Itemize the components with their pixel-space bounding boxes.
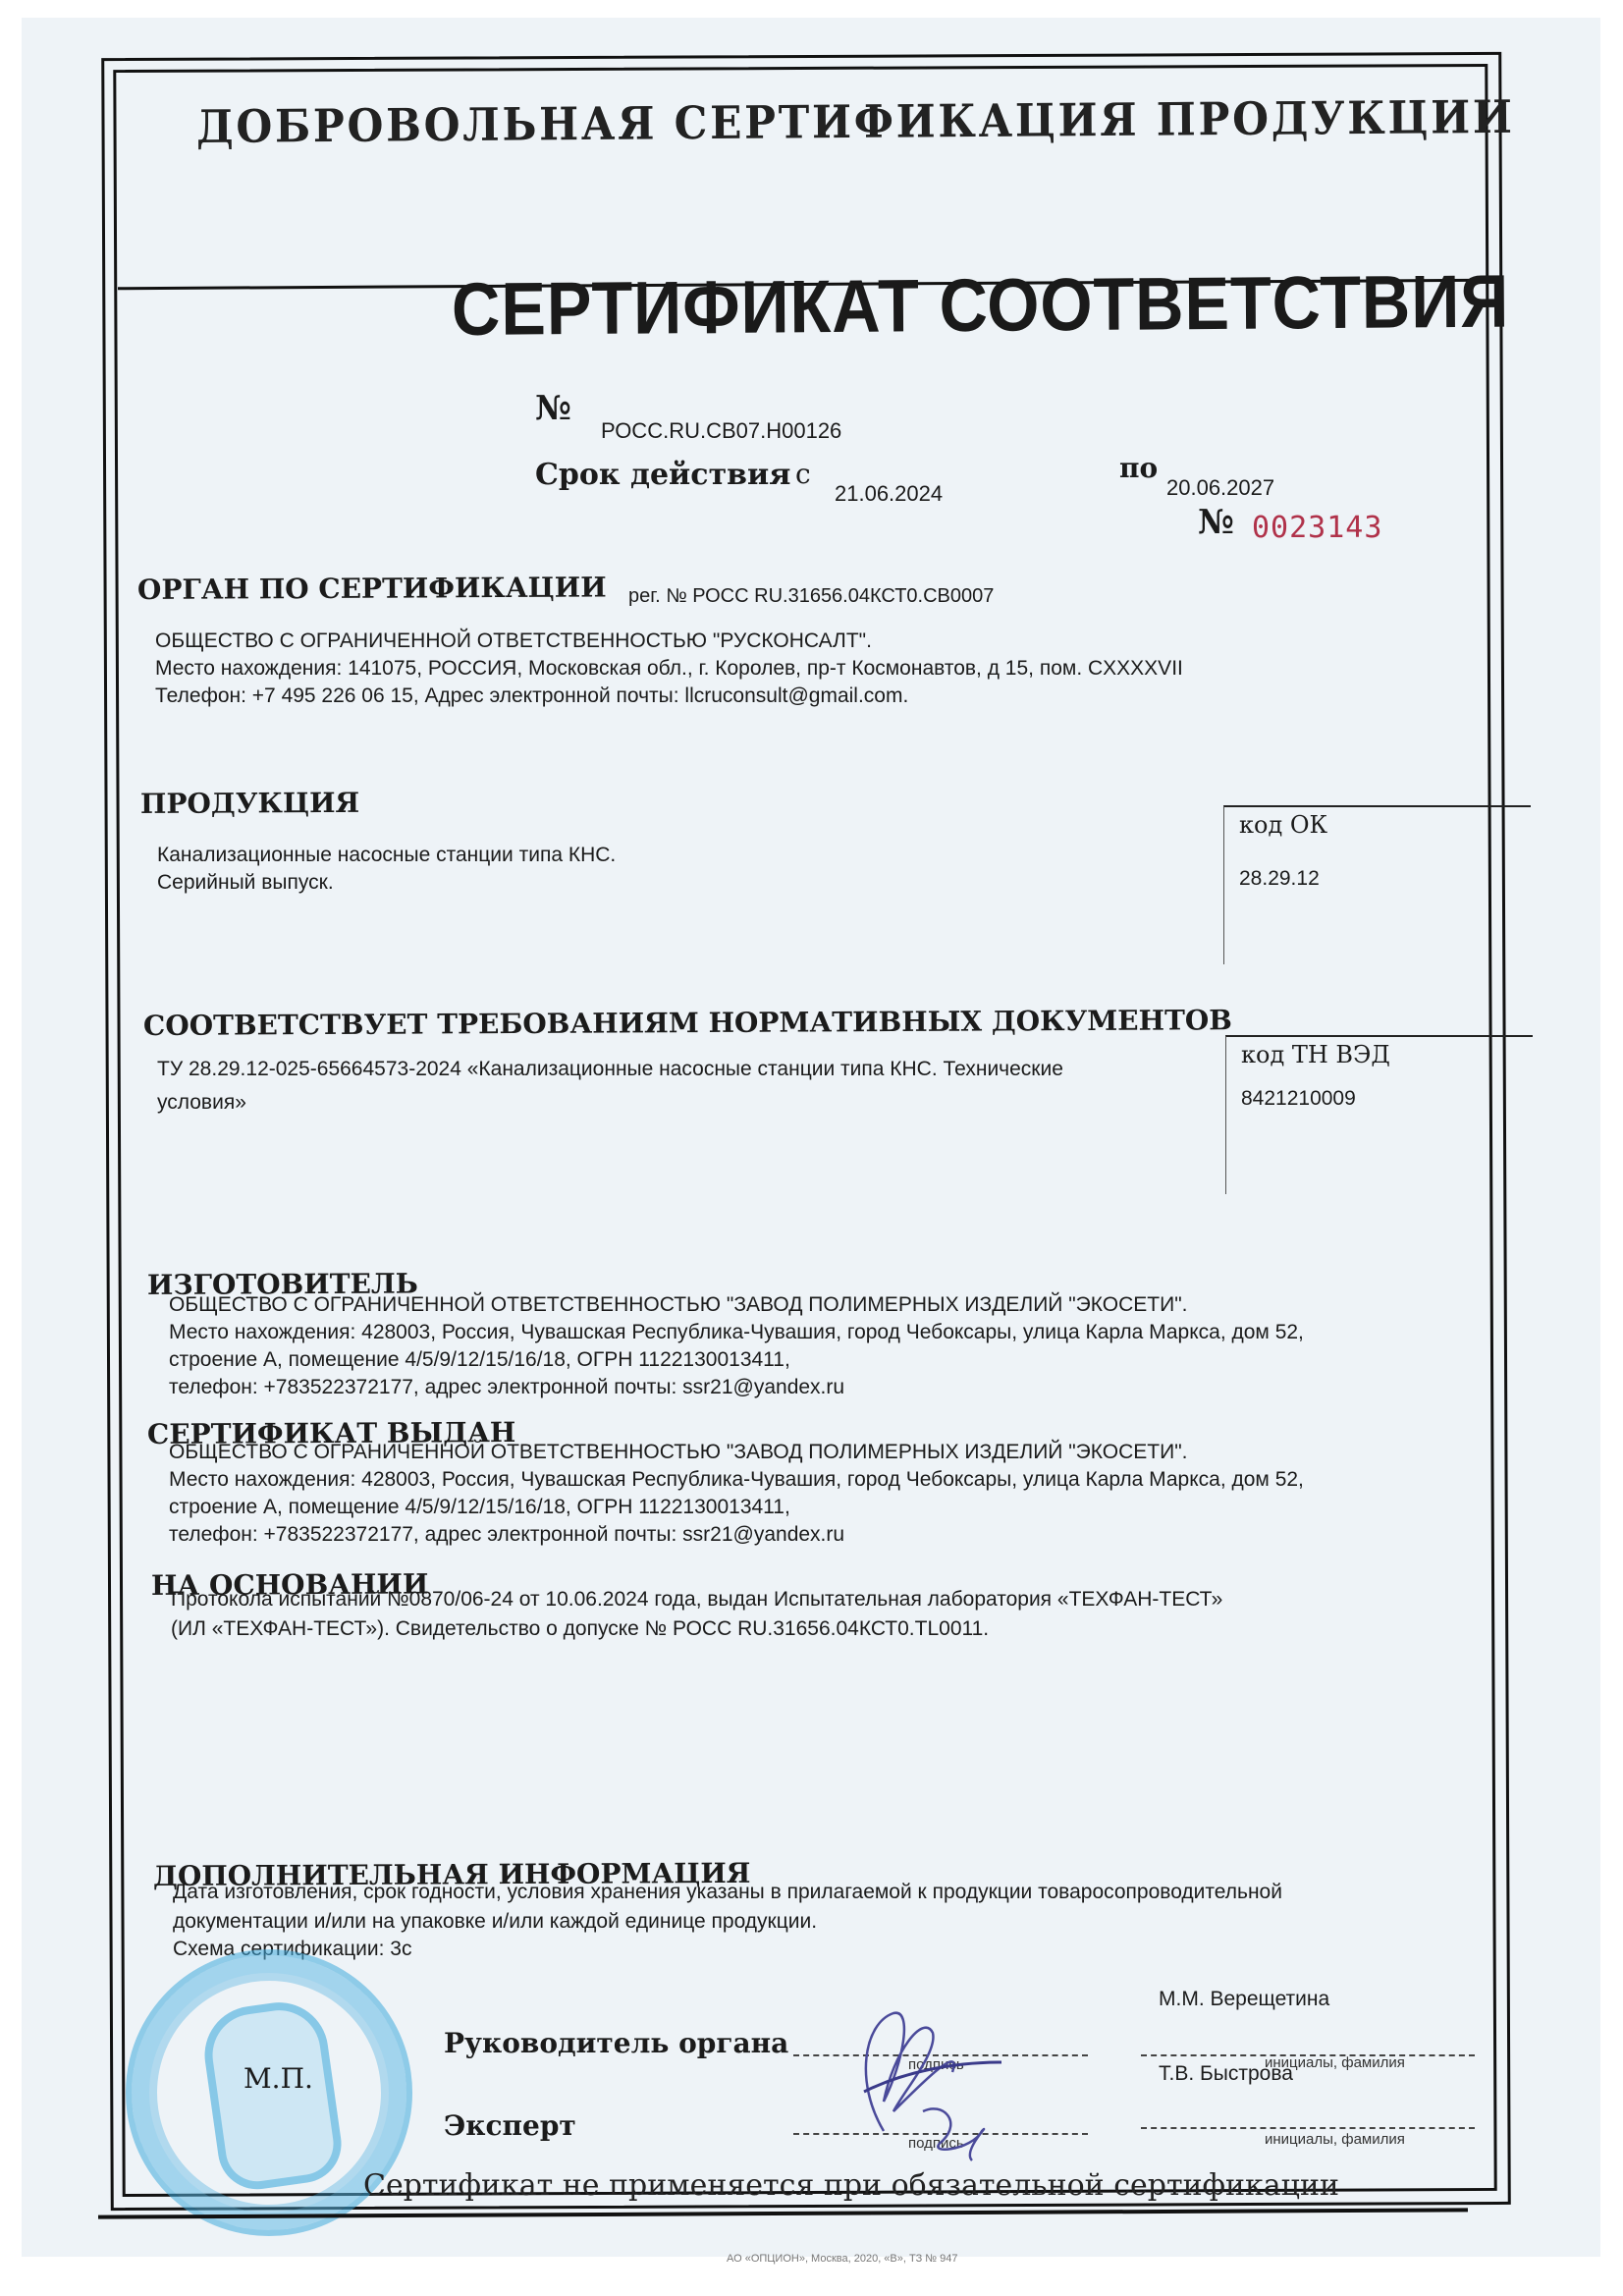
handwritten-signature-icon [825,1984,1021,2180]
expert-name-caption: инициалы, фамилия [1265,2131,1405,2148]
number-sign: № [535,389,571,428]
basis-line: Протокола испытаний №0870/06-24 от 10.06… [171,1585,1222,1613]
banner-title: ДОБРОВОЛЬНАЯ СЕРТИФИКАЦИЯ ПРОДУКЦИИ [196,90,1515,153]
stamp-emblem-icon [198,1996,347,2195]
manufacturer-line: ОБЩЕСТВО С ОГРАНИЧЕННОЙ ОТВЕТСТВЕННОСТЬЮ… [169,1290,1188,1319]
valid-to-date: 20.06.2027 [1166,475,1274,501]
conformity-heading: СООТВЕТСТВУЕТ ТРЕБОВАНИЯМ НОРМАТИВНЫХ ДО… [143,1004,1232,1042]
product-heading: ПРОДУКЦИЯ [140,787,359,820]
certification-body-contacts: Телефон: +7 495 226 06 15, Адрес электро… [155,682,908,710]
certificate-number: РОСС.RU.СВ07.Н00126 [601,418,841,444]
expert-name-line [1141,2127,1475,2129]
okpd-code-value: 28.29.12 [1239,864,1320,893]
issued-to-line: Место нахождения: 428003, Россия, Чувашс… [169,1465,1304,1494]
valid-from-date: 21.06.2024 [835,481,943,507]
expert-label: Эксперт [444,2109,576,2142]
tnved-code-value: 8421210009 [1241,1084,1356,1113]
printer-imprint: АО «ОПЦИОН», Москва, 2020, «В», ТЗ № 947 [727,2253,958,2265]
expert-name: Т.В. Быстрова [1159,2062,1293,2086]
stamp-place-label: М.П. [243,2062,313,2095]
conformity-line: условия» [157,1088,246,1117]
certification-body-heading: ОРГАН ПО СЕРТИФИКАЦИИ [137,571,607,606]
manufacturer-line: Место нахождения: 428003, Россия, Чувашс… [169,1318,1304,1346]
tnved-code-label: код ТН ВЭД [1241,1041,1390,1068]
page-title: СЕРТИФИКАТ СООТВЕТСТВИЯ [452,259,1510,353]
issued-to-line: строение А, помещение 4/5/9/12/15/16/18,… [169,1493,790,1521]
blank-serial-number: 0023143 [1252,511,1382,545]
certification-body-address: Место нахождения: 141075, РОССИЯ, Москов… [155,654,1183,683]
issued-to-line: телефон: +783522372177, адрес электронно… [169,1520,844,1549]
footer-note: Сертификат не применяется при обязательн… [363,2168,1339,2203]
product-line: Серийный выпуск. [157,868,334,897]
additional-info-line: Дата изготовления, срок годности, услови… [173,1878,1282,1906]
head-of-body-label: Руководитель органа [444,2027,788,2059]
valid-from-label: с [795,458,811,490]
certification-body-reg-number: рег. № РОСС RU.31656.04КСТ0.СВ0007 [628,585,994,608]
basis-line: (ИЛ «ТЕХФАН-ТЕСТ»). Свидетельство о допу… [171,1614,989,1643]
issued-to-line: ОБЩЕСТВО С ОГРАНИЧЕННОЙ ОТВЕТСТВЕННОСТЬЮ… [169,1438,1188,1466]
manufacturer-line: строение А, помещение 4/5/9/12/15/16/18,… [169,1345,790,1374]
manufacturer-line: телефон: +783522372177, адрес электронно… [169,1373,844,1401]
valid-to-label: по [1119,452,1158,484]
conformity-line: ТУ 28.29.12-025-65664573-2024 «Канализац… [157,1055,1063,1083]
product-line: Канализационные насосные станции типа КН… [157,841,616,869]
head-name: М.М. Верещетина [1159,1988,1329,2011]
certification-body-name: ОБЩЕСТВО С ОГРАНИЧЕННОЙ ОТВЕТСТВЕННОСТЬЮ… [155,627,872,655]
validity-label: Срок действия [535,458,790,492]
additional-info-line: документации и/или на упаковке и/или каж… [173,1907,817,1936]
blank-number-sign: № [1198,503,1234,542]
okpd-code-label: код ОК [1239,811,1327,839]
